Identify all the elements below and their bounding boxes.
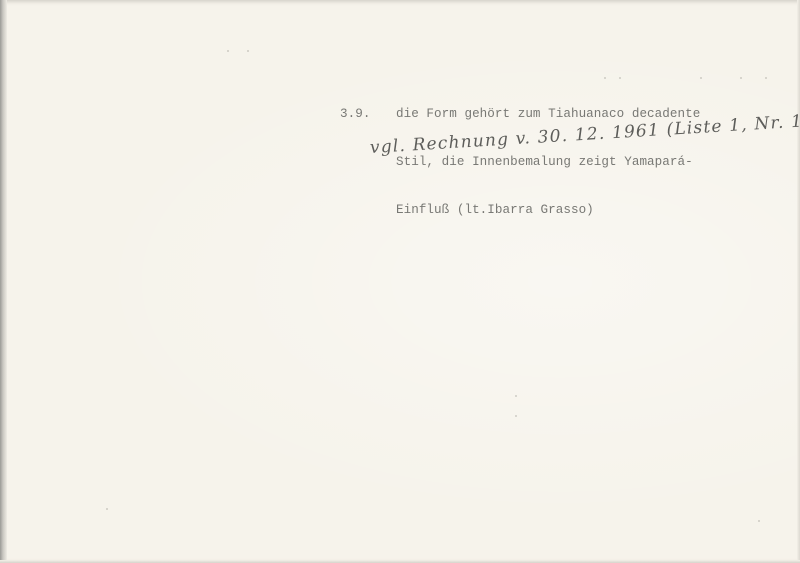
card-left-edge-shadow: [0, 0, 7, 563]
entry-line-text: Einfluß (lt.Ibarra Grasso): [396, 203, 594, 217]
entry-line-text: die Form gehört zum Tiahuanaco decadente: [396, 107, 700, 121]
card-top-edge: [0, 0, 800, 4]
entry-line-text: Stil, die Innenbemalung zeigt Yamapará-: [396, 155, 693, 169]
paper-speck: [758, 520, 760, 522]
paper-speck: [247, 50, 249, 52]
paper-speck: [740, 77, 742, 79]
typed-line-3: Einfluß (lt.Ibarra Grasso): [340, 202, 700, 218]
paper-speck: [515, 395, 517, 397]
paper-speck: [765, 77, 767, 79]
typed-entry: 3.9.die Form gehört zum Tiahuanaco decad…: [340, 74, 700, 250]
paper-speck: [227, 50, 229, 52]
paper-speck: [515, 415, 517, 417]
paper-speck: [106, 508, 108, 510]
entry-number: 3.9.: [340, 106, 396, 122]
catalog-card: 3.9.die Form gehört zum Tiahuanaco decad…: [0, 0, 800, 563]
typed-line-1: 3.9.die Form gehört zum Tiahuanaco decad…: [340, 106, 700, 122]
